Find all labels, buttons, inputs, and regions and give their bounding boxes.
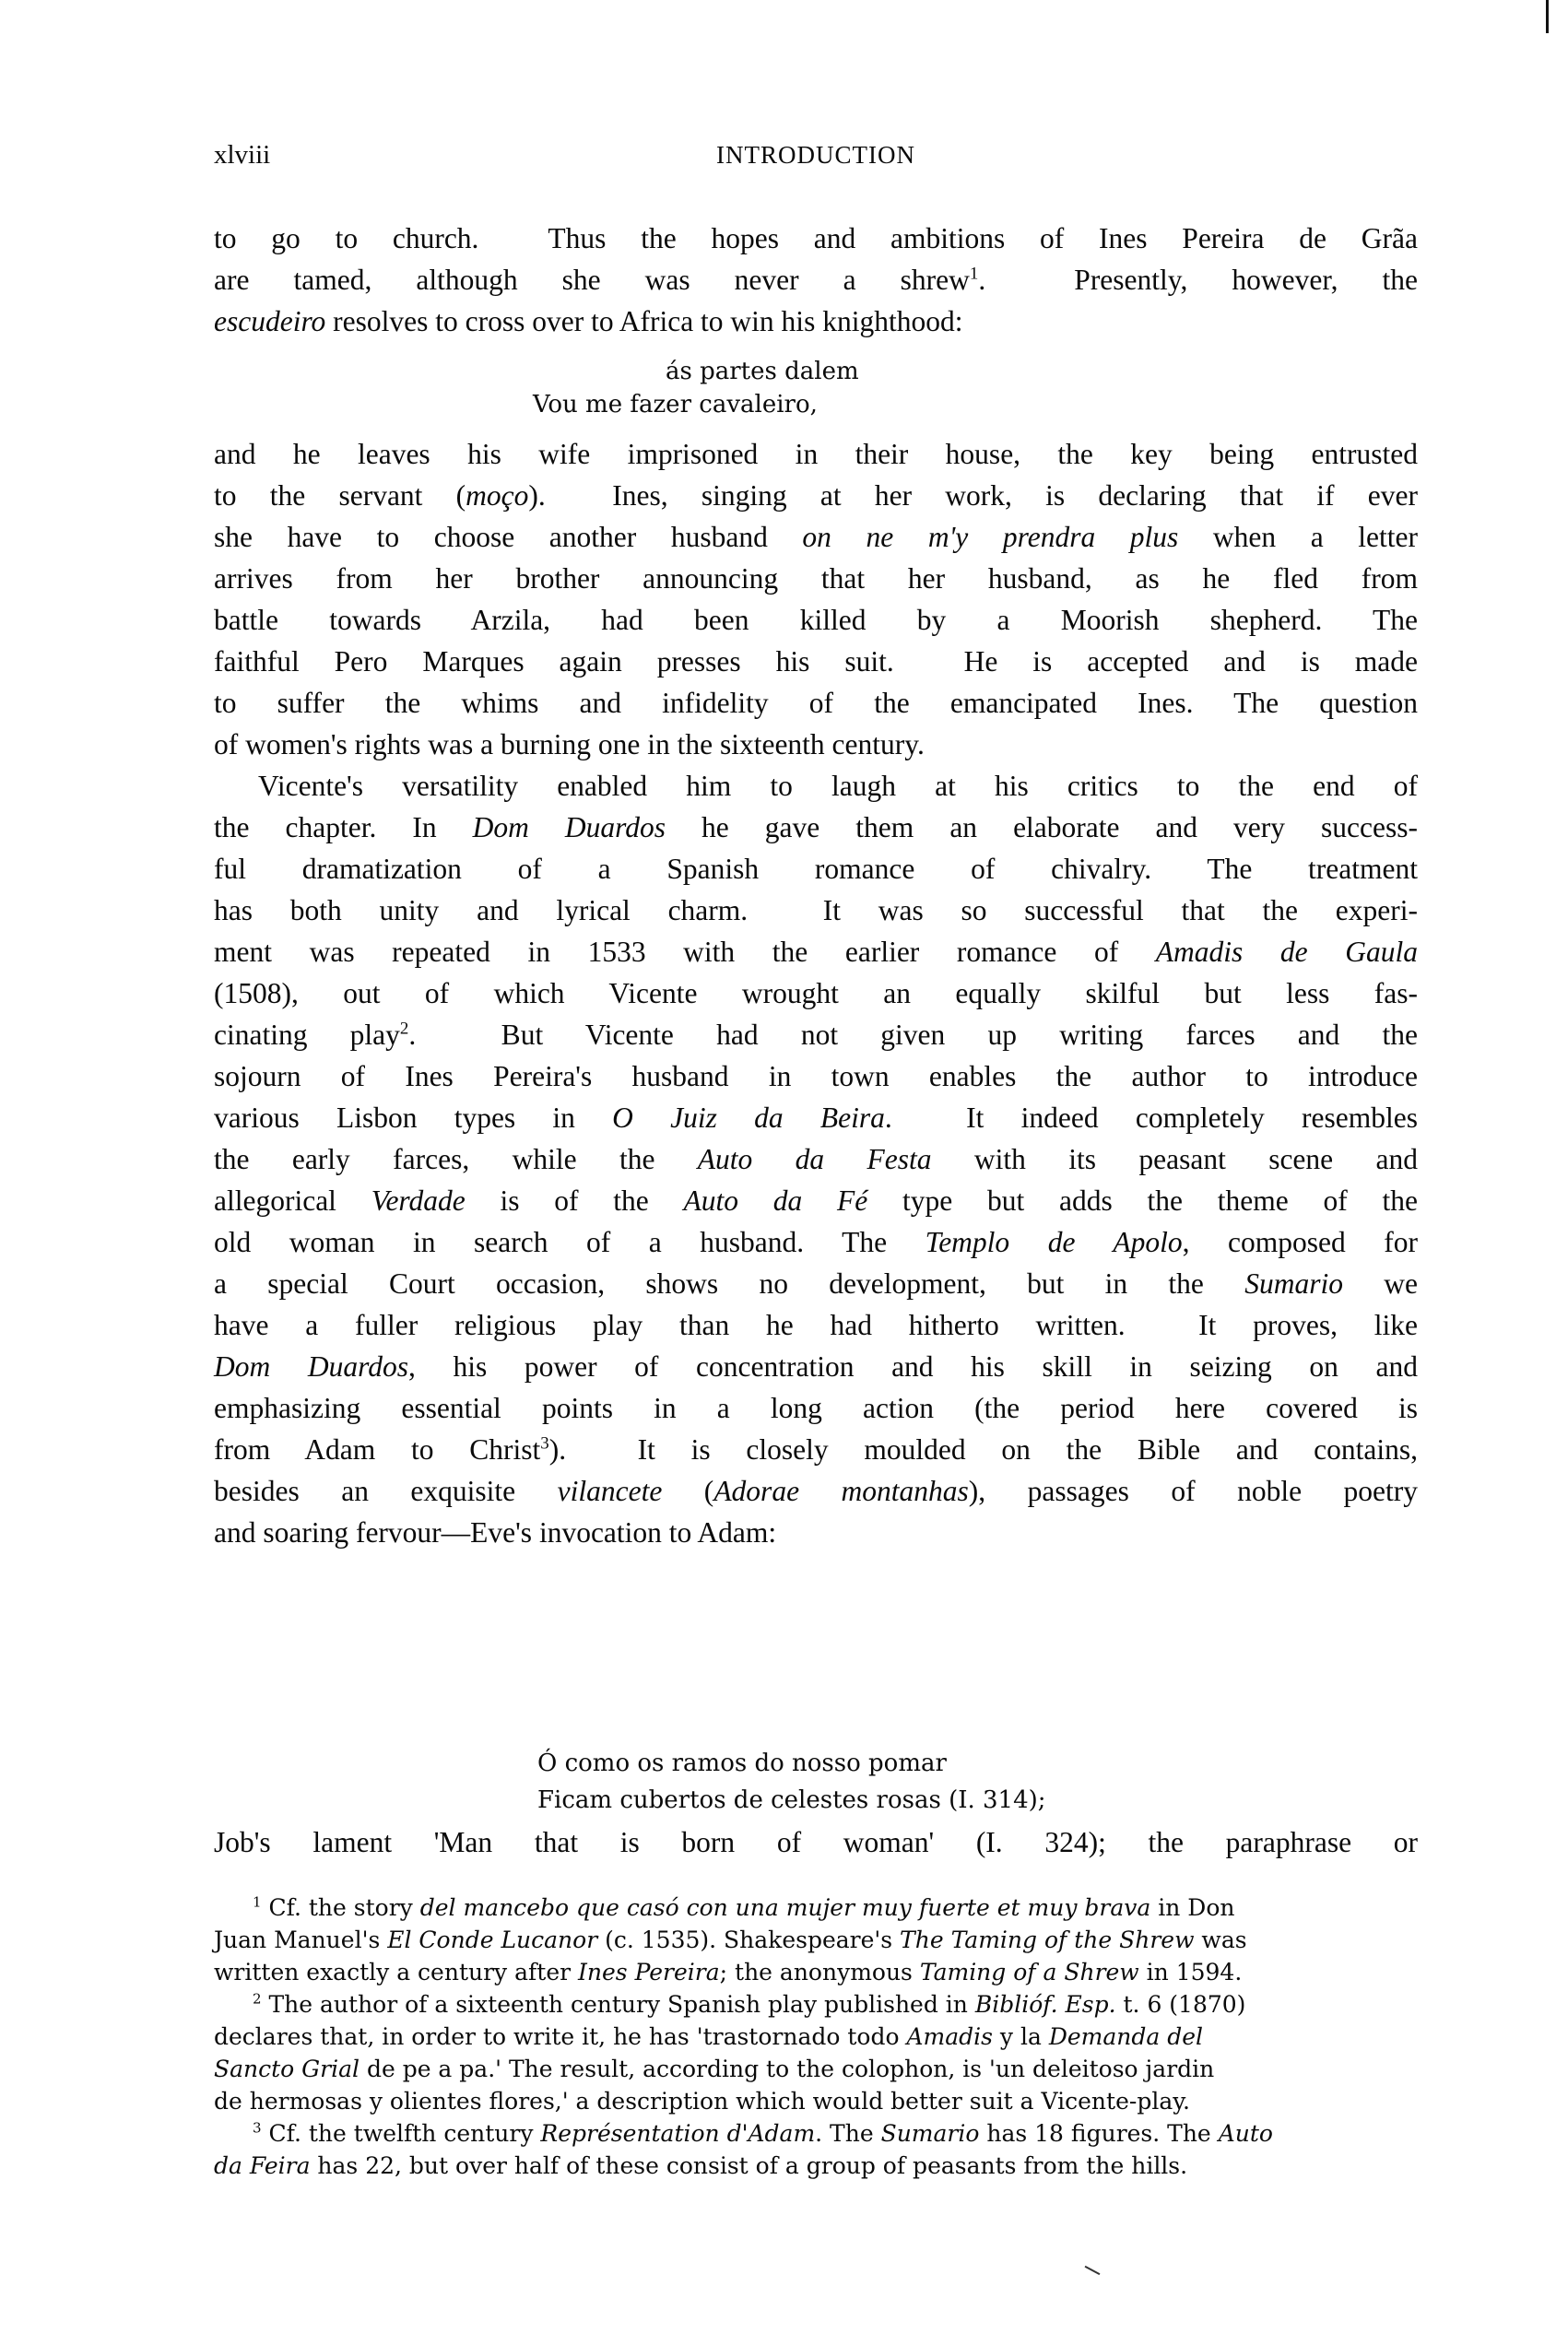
text-run: . The [815, 2120, 880, 2147]
italic-run: Dom Duardos [473, 811, 666, 843]
footnote-2: 2 The author of a sixteenth century Span… [214, 1988, 1418, 2117]
text-run: to the servant ( [214, 479, 466, 512]
text-run: de pe a pa.' The result, according to th… [360, 2056, 1214, 2082]
text-line: battle towards Arzila, had been killed b… [214, 599, 1418, 641]
text-run: ). Ines, singing at her work, is declari… [528, 479, 1418, 512]
text-run: ). It is closely moulded on the Bible an… [549, 1433, 1418, 1466]
italic-run: The Taming of the Shrew [900, 1927, 1194, 1953]
text-run: , his power of concentration and his ski… [408, 1350, 1418, 1383]
paragraph-vicente: Vicente's versatility enabled him to lau… [214, 765, 1418, 1553]
paragraph-continuation-2: and he leaves his wife imprisoned in the… [214, 433, 1418, 765]
text-line: to suffer the whims and infidelity of th… [214, 682, 1418, 724]
italic-run: Auto [1219, 2120, 1273, 2147]
text-run: have a fuller religious play than he had… [214, 1309, 1418, 1341]
text-line: Vicente's versatility enabled him to lau… [214, 765, 1418, 807]
text-run: the chapter. In [214, 811, 473, 843]
text-run: is of the [466, 1184, 684, 1217]
text-run: the early farces, while the [214, 1143, 698, 1175]
italic-run: Auto da Festa [698, 1143, 932, 1175]
text-run: type but adds the theme of the [867, 1184, 1418, 1217]
italic-run: Demanda del [1049, 2023, 1203, 2050]
italic-run: moço [466, 479, 528, 512]
footnotes: 1 Cf. the story del mancebo que casó con… [214, 1891, 1418, 2182]
verse-line: Ó como os ramos do nosso pomar [537, 1748, 947, 1779]
text-line: to the servant (moço). Ines, singing at … [214, 475, 1418, 516]
footnote-line: Sancto Grial de pe a pa.' The result, ac… [214, 2053, 1418, 2085]
text-line: escudeiro resolves to cross over to Afri… [214, 300, 1418, 342]
footnote-marker: 1 [253, 1894, 262, 1911]
footnote-ref-1[interactable]: 1 [970, 265, 978, 284]
text-run: . It indeed completely resembles [885, 1102, 1418, 1134]
text-run: ; the anonymous [720, 1959, 920, 1986]
italic-run: Verdade [371, 1184, 466, 1217]
italic-run: Dom Duardos [214, 1350, 408, 1383]
text-run: old woman in search of a husband. The [214, 1226, 925, 1258]
footnote-1: 1 Cf. the story del mancebo que casó con… [214, 1891, 1418, 1988]
running-head: xlviii INTRODUCTION [214, 138, 1418, 171]
text-line: and soaring fervour—Eve's invocation to … [214, 1512, 1418, 1553]
text-run: ), passages of noble poetry [969, 1475, 1418, 1507]
text-line: (1508), out of which Vicente wrought an … [214, 972, 1418, 1014]
text-run: Juan Manuel's [214, 1927, 387, 1953]
text-line: besides an exquisite vilancete (Adorae m… [214, 1470, 1418, 1512]
text-line: old woman in search of a husband. The Te… [214, 1221, 1418, 1263]
text-run: . Presently, however, the [978, 264, 1418, 296]
text-run: has 18 figures. The [979, 2120, 1218, 2147]
running-title: INTRODUCTION [214, 138, 1418, 171]
text-line: she have to choose another husband on ne… [214, 516, 1418, 558]
italic-run: Templo de Apolo [925, 1226, 1183, 1258]
text-line: has both unity and lyrical charm. It was… [214, 890, 1418, 931]
verse-line: ás partes dalem [666, 356, 859, 387]
footnote-line: declares that, in order to write it, he … [214, 2021, 1418, 2053]
text-line: a special Court occasion, shows no devel… [214, 1263, 1418, 1304]
footnote-line: written exactly a century after Ines Per… [214, 1956, 1418, 1988]
text-line: from Adam to Christ3). It is closely mou… [214, 1429, 1418, 1470]
text-run: ful dramatization of a Spanish romance o… [214, 853, 1418, 885]
text-run: ment was repeated in 1533 with the earli… [214, 936, 1156, 968]
text-line: emphasizing essential points in a long a… [214, 1387, 1418, 1429]
paragraph-continuation-3: Job's lament 'Man that is born of woman'… [214, 1821, 1418, 1863]
text-run: arrives from her brother announcing that… [214, 562, 1418, 595]
text-run: Cf. the story [269, 1894, 420, 1921]
text-run: . But Vicente had not given up writing f… [408, 1019, 1418, 1051]
footnote-3: 3 Cf. the twelfth century Représentation… [214, 2117, 1418, 2182]
italic-run: Sumario [881, 2120, 980, 2147]
text-run: faithful Pero Marques again presses his … [214, 645, 1418, 678]
text-line: Dom Duardos, his power of concentration … [214, 1346, 1418, 1387]
text-run: a special Court occasion, shows no devel… [214, 1267, 1244, 1300]
text-line: faithful Pero Marques again presses his … [214, 641, 1418, 682]
text-run: declares that, in order to write it, he … [214, 2023, 906, 2050]
text-line: arrives from her brother announcing that… [214, 558, 1418, 599]
verse-line: Ficam cubertos de celestes rosas (I. 314… [537, 1785, 1046, 1816]
text-run: ( [662, 1475, 713, 1507]
text-run: when a letter [1178, 521, 1418, 553]
footnote-ref-2[interactable]: 2 [400, 1019, 408, 1039]
text-run: cinating play [214, 1019, 400, 1051]
footnote-marker: 3 [253, 2120, 262, 2137]
text-line: the early farces, while the Auto da Fest… [214, 1138, 1418, 1180]
footnote-marker: 2 [253, 1991, 262, 2008]
text-run: de hermosas y olientes flores,' a descri… [214, 2088, 1190, 2115]
text-run: battle towards Arzila, had been killed b… [214, 604, 1418, 636]
scan-stray-mark [1085, 2266, 1101, 2275]
book-page: xlviii INTRODUCTION to go to church. Thu… [0, 0, 1568, 2345]
text-run: and he leaves his wife imprisoned in the… [214, 438, 1418, 470]
italic-run: da Feira [214, 2152, 310, 2179]
italic-run: Taming of a Shrew [920, 1959, 1139, 1986]
verse-line: Vou me fazer cavaleiro, [533, 389, 818, 420]
text-run: (1508), out of which Vicente wrought an … [214, 977, 1418, 1009]
italic-run: Biblióf. Esp. [975, 1991, 1116, 2018]
text-run: has both unity and lyrical charm. It was… [214, 894, 1418, 926]
text-run: sojourn of Ines Pereira's husband in tow… [214, 1060, 1418, 1092]
text-run: Job's lament 'Man that is born of woman'… [214, 1826, 1418, 1858]
text-line: allegorical Verdade is of the Auto da Fé… [214, 1180, 1418, 1221]
text-line: sojourn of Ines Pereira's husband in tow… [214, 1055, 1418, 1097]
text-line: ful dramatization of a Spanish romance o… [214, 848, 1418, 890]
footnote-line: 2 The author of a sixteenth century Span… [214, 1988, 1418, 2021]
italic-run: Sancto Grial [214, 2056, 360, 2082]
text-run: resolves to cross over to Africa to win … [325, 305, 962, 337]
italic-run: Ines Pereira [578, 1959, 720, 1986]
text-line: Job's lament 'Man that is born of woman'… [214, 1821, 1418, 1863]
text-run: and soaring fervour—Eve's invocation to … [214, 1516, 776, 1549]
italic-run: escudeiro [214, 305, 325, 337]
text-run: y la [993, 2023, 1049, 2050]
text-run: besides an exquisite [214, 1475, 558, 1507]
italic-run: Auto da Fé [684, 1184, 868, 1217]
text-run: Vicente's versatility enabled him to lau… [258, 770, 1418, 802]
paragraph-continuation: to go to church. Thus the hopes and ambi… [214, 218, 1418, 342]
text-run: has 22, but over half of these consist o… [310, 2152, 1187, 2179]
text-run: she have to choose another husband [214, 521, 802, 553]
text-line: to go to church. Thus the hopes and ambi… [214, 218, 1418, 259]
text-run: we [1343, 1267, 1418, 1300]
text-run: with its peasant scene and [932, 1143, 1418, 1175]
text-run: he gave them an elaborate and very succe… [666, 811, 1418, 843]
italic-run: Amadis de Gaula [1156, 936, 1418, 968]
italic-run: on ne m'y prendra plus [802, 521, 1178, 553]
footnote-line: de hermosas y olientes flores,' a descri… [214, 2085, 1418, 2117]
italic-run: del mancebo que casó con una mujer muy f… [420, 1894, 1151, 1921]
text-run: (c. 1535). Shakespeare's [597, 1927, 900, 1953]
text-line: the chapter. In Dom Duardos he gave them… [214, 807, 1418, 848]
footnote-line: 1 Cf. the story del mancebo que casó con… [214, 1891, 1418, 1924]
text-line: ment was repeated in 1533 with the earli… [214, 931, 1418, 972]
text-run: , composed for [1183, 1226, 1418, 1258]
text-line: are tamed, although she was never a shre… [214, 259, 1418, 300]
text-line: and he leaves his wife imprisoned in the… [214, 433, 1418, 475]
text-run: various Lisbon types in [214, 1102, 612, 1134]
footnote-line: Juan Manuel's El Conde Lucanor (c. 1535)… [214, 1924, 1418, 1956]
footnote-line: 3 Cf. the twelfth century Représentation… [214, 2117, 1418, 2150]
text-line: have a fuller religious play than he had… [214, 1304, 1418, 1346]
italic-run: O Juiz da Beira [612, 1102, 885, 1134]
italic-run: El Conde Lucanor [387, 1927, 597, 1953]
text-line: various Lisbon types in O Juiz da Beira.… [214, 1097, 1418, 1138]
text-run: in 1594. [1139, 1959, 1243, 1986]
text-run: written exactly a century after [214, 1959, 578, 1986]
text-run: in Don [1150, 1894, 1234, 1921]
text-run: t. 6 (1870) [1116, 1991, 1246, 2018]
text-run: from Adam to Christ [214, 1433, 540, 1466]
footnote-ref-3[interactable]: 3 [540, 1434, 548, 1454]
text-run: of women's rights was a burning one in t… [214, 728, 925, 760]
italic-run: Adorae montanhas [713, 1475, 968, 1507]
text-line: of women's rights was a burning one in t… [214, 724, 1418, 765]
text-line: cinating play2. But Vicente had not give… [214, 1014, 1418, 1055]
italic-run: Représentation d'Adam [540, 2120, 815, 2147]
text-run: are tamed, although she was never a shre… [214, 264, 970, 296]
text-run: allegorical [214, 1184, 371, 1217]
italic-run: Amadis [906, 2023, 993, 2050]
text-run: to suffer the whims and infidelity of th… [214, 687, 1418, 719]
text-run: to go to church. Thus the hopes and ambi… [214, 222, 1418, 254]
footnote-line: da Feira has 22, but over half of these … [214, 2150, 1418, 2182]
text-run: emphasizing essential points in a long a… [214, 1392, 1418, 1424]
text-run: Cf. the twelfth century [269, 2120, 541, 2147]
text-run: was [1194, 1927, 1246, 1953]
italic-run: Sumario [1244, 1267, 1343, 1300]
text-run: The author of a sixteenth century Spanis… [269, 1991, 975, 2018]
italic-run: vilancete [558, 1475, 663, 1507]
scan-edge-mark [1546, 0, 1549, 33]
